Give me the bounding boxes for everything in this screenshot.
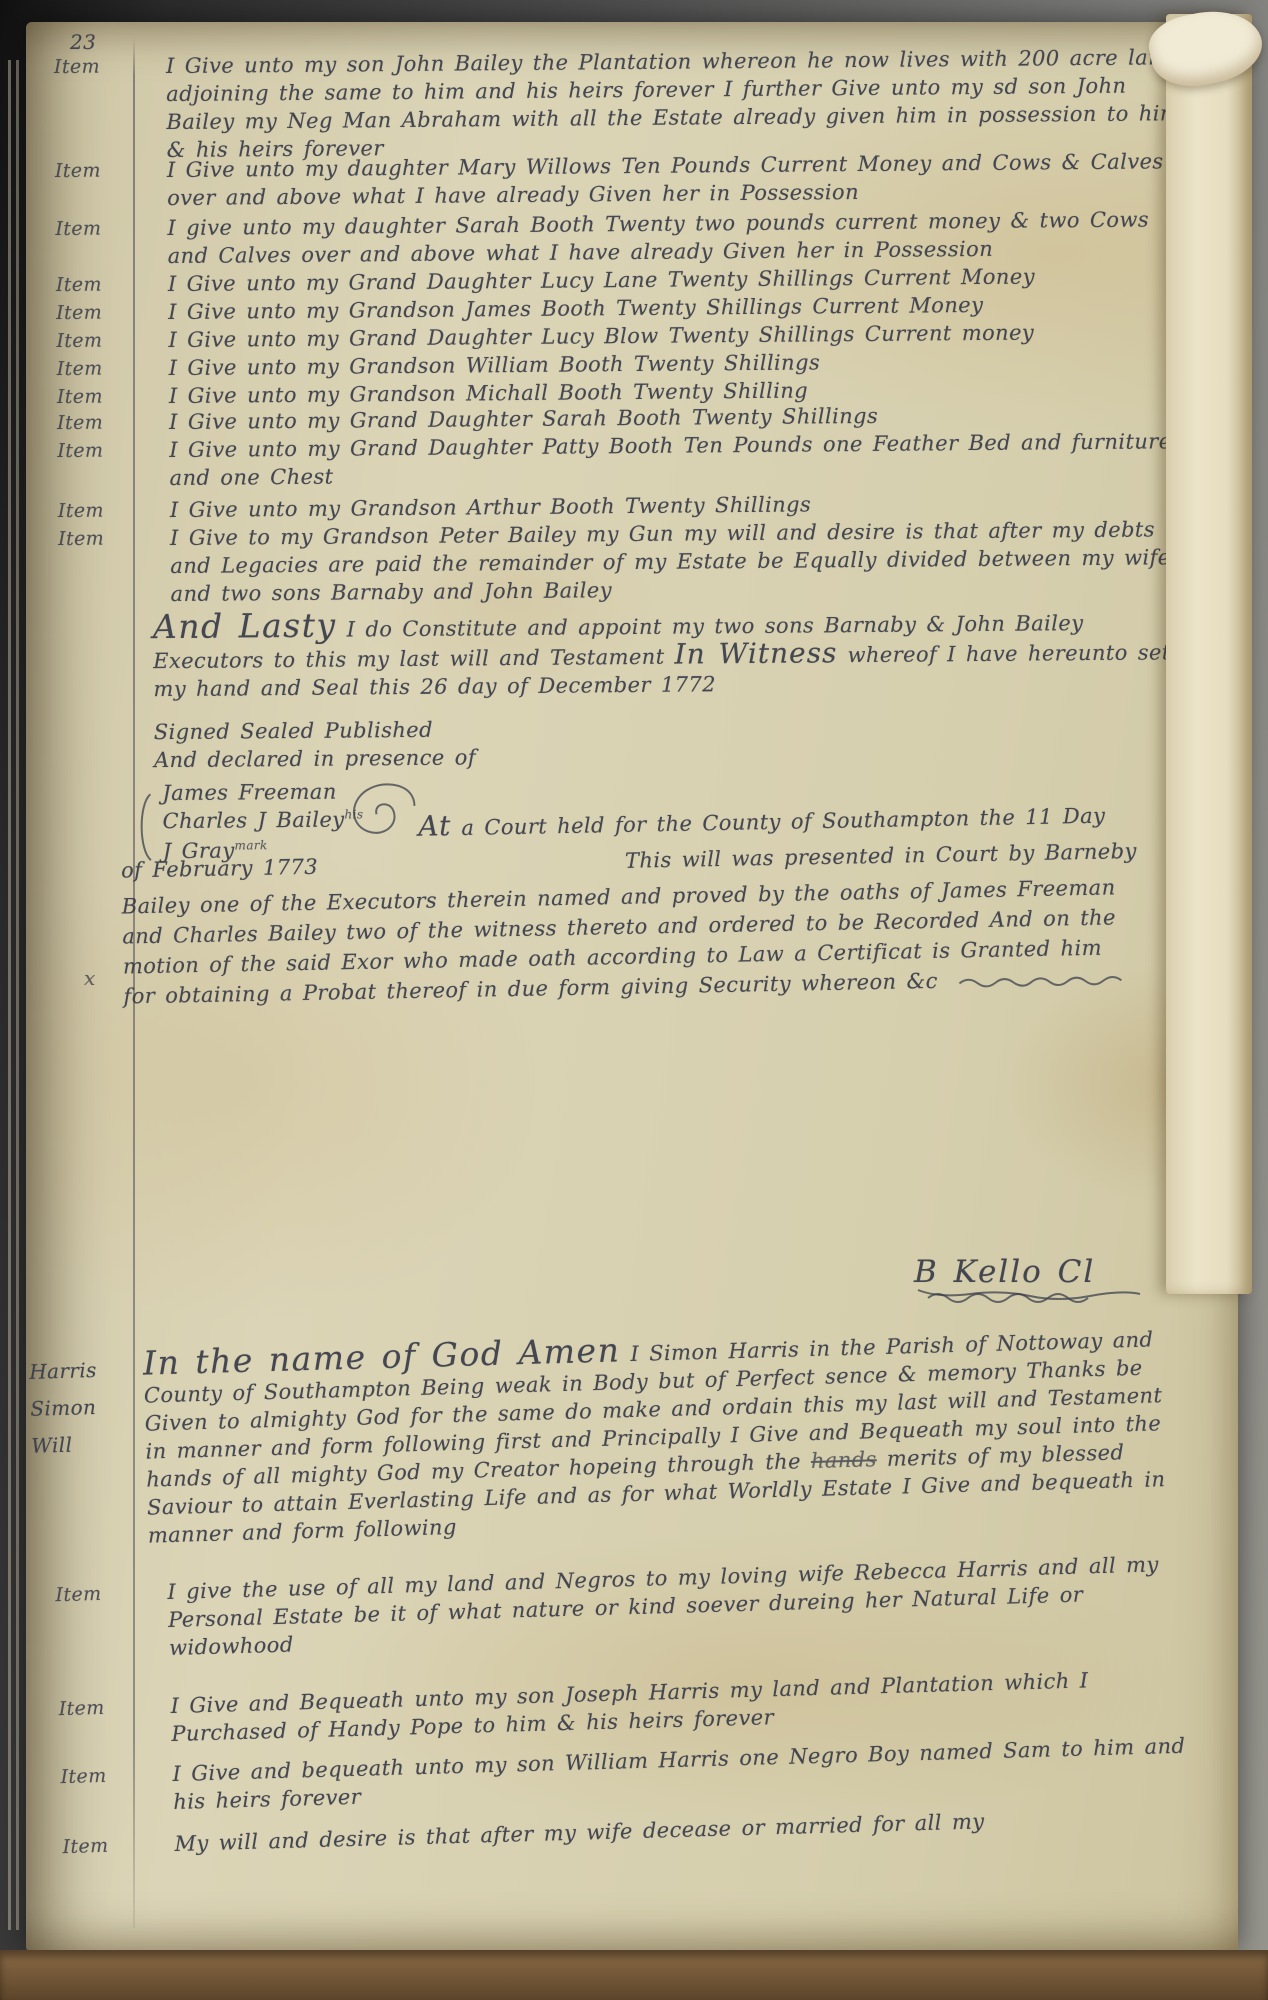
will-closing: And Lasty I do Constitute and appoint my… bbox=[153, 601, 1184, 703]
will-opening: In the name of God Amen I Simon Harris i… bbox=[143, 1318, 1178, 1550]
margin-item-label: Item bbox=[40, 496, 142, 525]
page-edge-line bbox=[8, 60, 11, 1930]
margin-item-label: Item bbox=[37, 214, 139, 271]
will-entry: Item I Give to my Grandson Peter Bailey … bbox=[40, 515, 1195, 609]
will-entry: Item I give the use of all my land and N… bbox=[37, 1549, 1193, 1665]
will-entry: Item I Give unto my son John Bailey the … bbox=[36, 43, 1191, 165]
margin-item-label: Item bbox=[39, 436, 141, 493]
attestation-line: And declared in presence of bbox=[154, 743, 476, 774]
clerk-signature-text: B Kello Cl bbox=[914, 1254, 1095, 1290]
attestation-line: Signed Sealed Published bbox=[154, 716, 433, 746]
margin-item-label: Item bbox=[38, 326, 140, 355]
margin-item-label: Item bbox=[44, 1831, 147, 1862]
probate-record: At a Court held for the County of Southa… bbox=[24, 791, 1240, 1024]
margin-item-label: Item bbox=[37, 156, 139, 213]
margin-item-label: Item bbox=[36, 52, 139, 165]
margin-note-line: Harris bbox=[29, 1351, 130, 1391]
will-entry-text: I Give to my Grandson Peter Bailey my Gu… bbox=[142, 515, 1195, 608]
ink-squiggle bbox=[958, 972, 1138, 987]
will-entry-text: I Give unto my son John Bailey the Plant… bbox=[138, 43, 1191, 164]
will-entry-text: I Give unto my daughter Mary Willows Ten… bbox=[139, 147, 1191, 212]
page-ribbon bbox=[1166, 14, 1252, 1294]
margin-x-mark: x bbox=[84, 964, 96, 992]
margin-item-label: Item bbox=[37, 1579, 141, 1666]
harris-will-section: Harris Simon Will In the name of God Ame… bbox=[16, 1310, 1243, 1914]
margin-item-label: Item bbox=[38, 298, 140, 327]
clerk-signature: B Kello Cl bbox=[914, 1258, 1144, 1304]
margin-note-line: Simon bbox=[30, 1388, 131, 1428]
will-entry: Item I Give unto my daughter Mary Willow… bbox=[37, 147, 1191, 213]
manuscript-photo: 23 Item I Give unto my son John Bailey t… bbox=[0, 0, 1268, 2000]
margin-item-label: Item bbox=[40, 524, 143, 609]
desk-edge bbox=[0, 1950, 1268, 2000]
court-date: of February 1773 bbox=[121, 853, 318, 885]
will-entry: Item I give unto my daughter Sarah Booth… bbox=[37, 205, 1191, 271]
will-entry-text: I give unto my daughter Sarah Booth Twen… bbox=[139, 205, 1191, 270]
margin-item-label: Item bbox=[40, 1693, 144, 1752]
court-line-text: a Court held for the County of Southampt… bbox=[461, 804, 1105, 840]
will-entry-text: I Give unto my Grand Daughter Patty Boot… bbox=[141, 427, 1193, 492]
margin-item-label: Item bbox=[42, 1761, 146, 1820]
court-line-text: This will was presented in Court by Barn… bbox=[625, 837, 1137, 875]
closing-lead: And Lasty bbox=[153, 606, 337, 647]
manuscript-page: 23 Item I Give unto my son John Bailey t… bbox=[26, 22, 1238, 1952]
page-edge-line bbox=[16, 60, 19, 1930]
will-entry-text: I give the use of all my land and Negros… bbox=[139, 1549, 1193, 1662]
margin-note-line: Will bbox=[31, 1425, 132, 1465]
margin-item-label: Item bbox=[39, 354, 141, 383]
struck-word: hands bbox=[811, 1447, 877, 1473]
margin-note: Harris Simon Will bbox=[29, 1351, 132, 1465]
court-line: At a Court held for the County of Southa… bbox=[418, 800, 1105, 843]
margin-item-label: Item bbox=[38, 270, 140, 299]
witness-lead: In Witness bbox=[674, 636, 837, 670]
will-entry: Item I Give unto my Grand Daughter Patty… bbox=[39, 427, 1193, 493]
court-lead: At bbox=[418, 809, 452, 843]
margin-item-label: Item bbox=[39, 408, 141, 437]
margin-item-label: Item bbox=[39, 382, 141, 411]
